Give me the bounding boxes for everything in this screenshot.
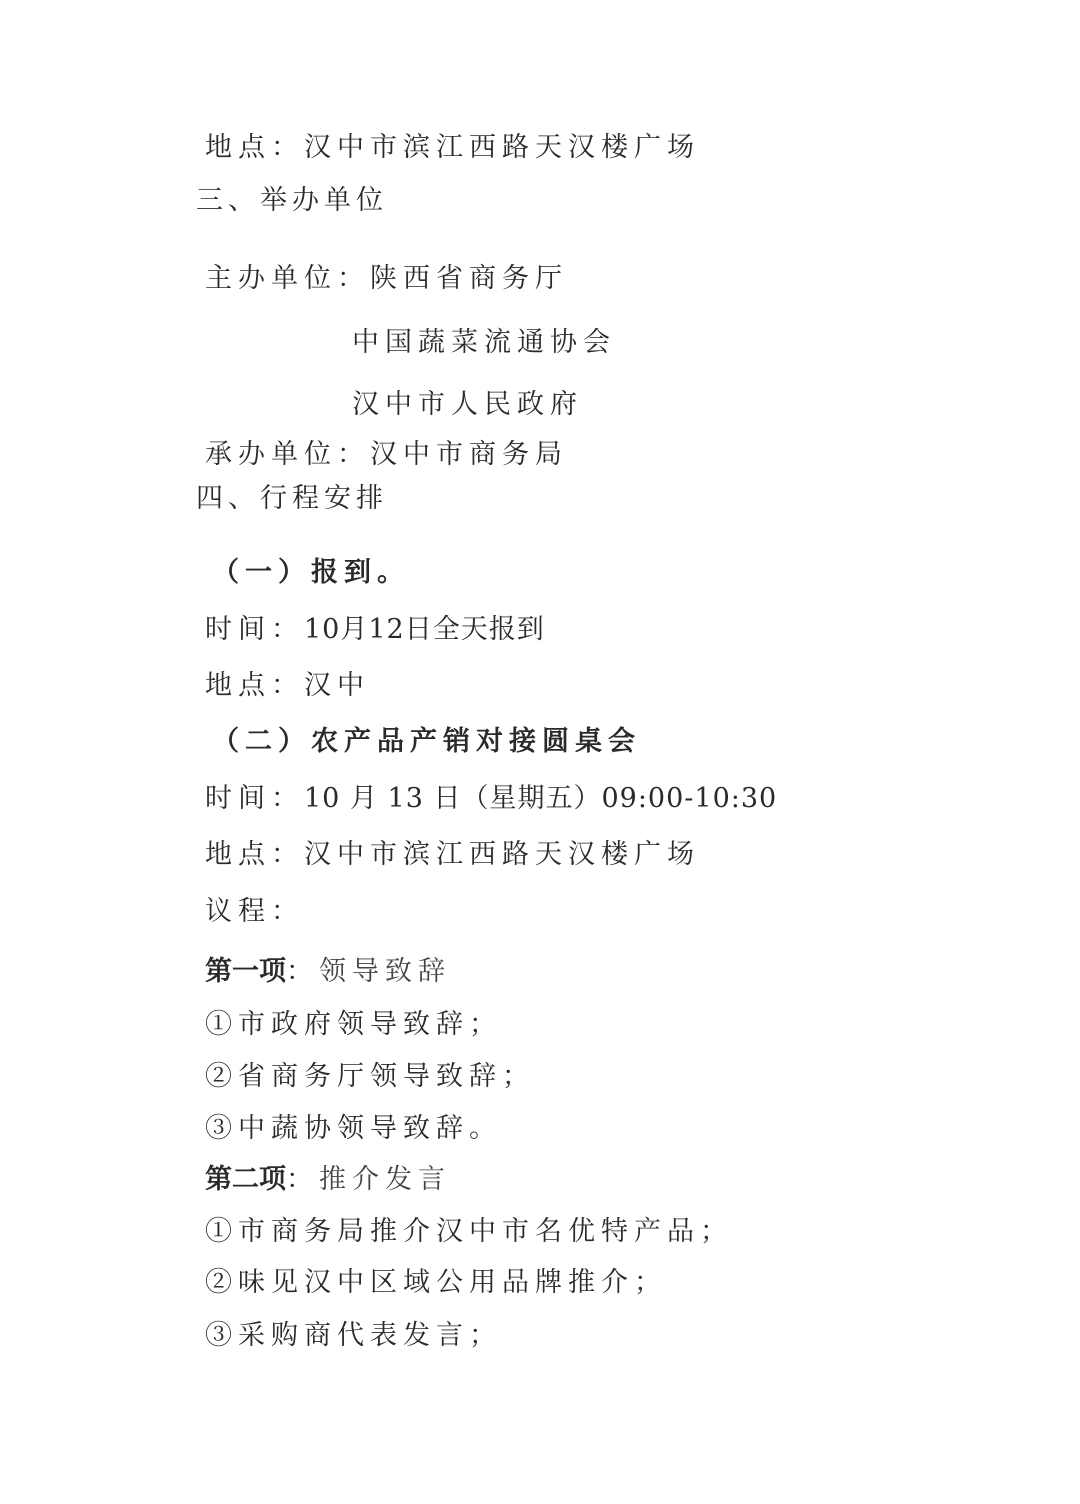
host-line-1: 主办单位：陕西省商务厅: [205, 262, 568, 296]
agenda-item-1-title: 领导致辞: [319, 956, 451, 987]
organizer-value: 汉中市商务局: [370, 439, 568, 470]
place-value: 汉中: [304, 670, 370, 701]
roundtable-place-line: 地点：汉中市滨江西路天汉楼广场: [205, 838, 700, 872]
host-line-3: 汉中市人民政府: [352, 388, 583, 422]
registration-time-line: 时间：10月12日全天报到: [205, 613, 545, 647]
host-label: 主办单位：: [205, 263, 370, 294]
roundtable-time-line: 时间：10 月 13 日（星期五）09:00-10:30: [205, 782, 777, 816]
time-label: 时间：: [205, 783, 304, 814]
place-value: 汉中市滨江西路天汉楼广场: [304, 839, 700, 870]
time-value: 10月12日全天报到: [304, 614, 545, 645]
place-label: 地点：: [205, 670, 304, 701]
section-4-heading: 四、行程安排: [196, 482, 388, 516]
agenda-item-2-title: 推介发言: [319, 1164, 451, 1195]
sub-section-1-heading: （一）报到。: [212, 556, 410, 590]
place-label: 地点：: [205, 839, 304, 870]
organizer-line: 承办单位：汉中市商务局: [205, 438, 568, 472]
agenda-item-1-point-3: ③中蔬协领导致辞。: [205, 1112, 502, 1146]
venue-value: 汉中市滨江西路天汉楼广场: [304, 132, 700, 163]
agenda-item-2: 第二项：推介发言: [205, 1163, 451, 1197]
agenda-item-1-point-2: ②省商务厅领导致辞；: [205, 1060, 535, 1094]
agenda-label: 议程：: [205, 895, 304, 929]
host-value-1: 陕西省商务厅: [370, 263, 568, 294]
agenda-item-1: 第一项：领导致辞: [205, 955, 451, 989]
agenda-item-2-point-2: ②味见汉中区域公用品牌推介；: [205, 1266, 667, 1300]
time-label: 时间：: [205, 614, 304, 645]
host-line-2: 中国蔬菜流通协会: [352, 326, 616, 360]
agenda-item-2-point-3: ③采购商代表发言；: [205, 1319, 502, 1353]
agenda-item-2-point-1: ①市商务局推介汉中市名优特产品；: [205, 1215, 733, 1249]
agenda-item-2-lead: 第二项: [205, 1164, 286, 1195]
section-3-heading: 三、举办单位: [196, 184, 388, 218]
venue-label: 地点：: [205, 132, 304, 163]
sub-section-2-heading: （二）农产品产销对接圆桌会: [212, 725, 641, 759]
organizer-label: 承办单位：: [205, 439, 370, 470]
registration-place-line: 地点：汉中: [205, 669, 370, 703]
agenda-item-1-colon: ：: [286, 956, 319, 987]
venue-line-top: 地点：汉中市滨江西路天汉楼广场: [205, 131, 700, 165]
time-value: 10 月 13 日（星期五）09:00-10:30: [304, 783, 777, 814]
agenda-item-2-colon: ：: [286, 1164, 319, 1195]
agenda-item-1-point-1: ①市政府领导致辞；: [205, 1008, 502, 1042]
agenda-item-1-lead: 第一项: [205, 956, 286, 987]
